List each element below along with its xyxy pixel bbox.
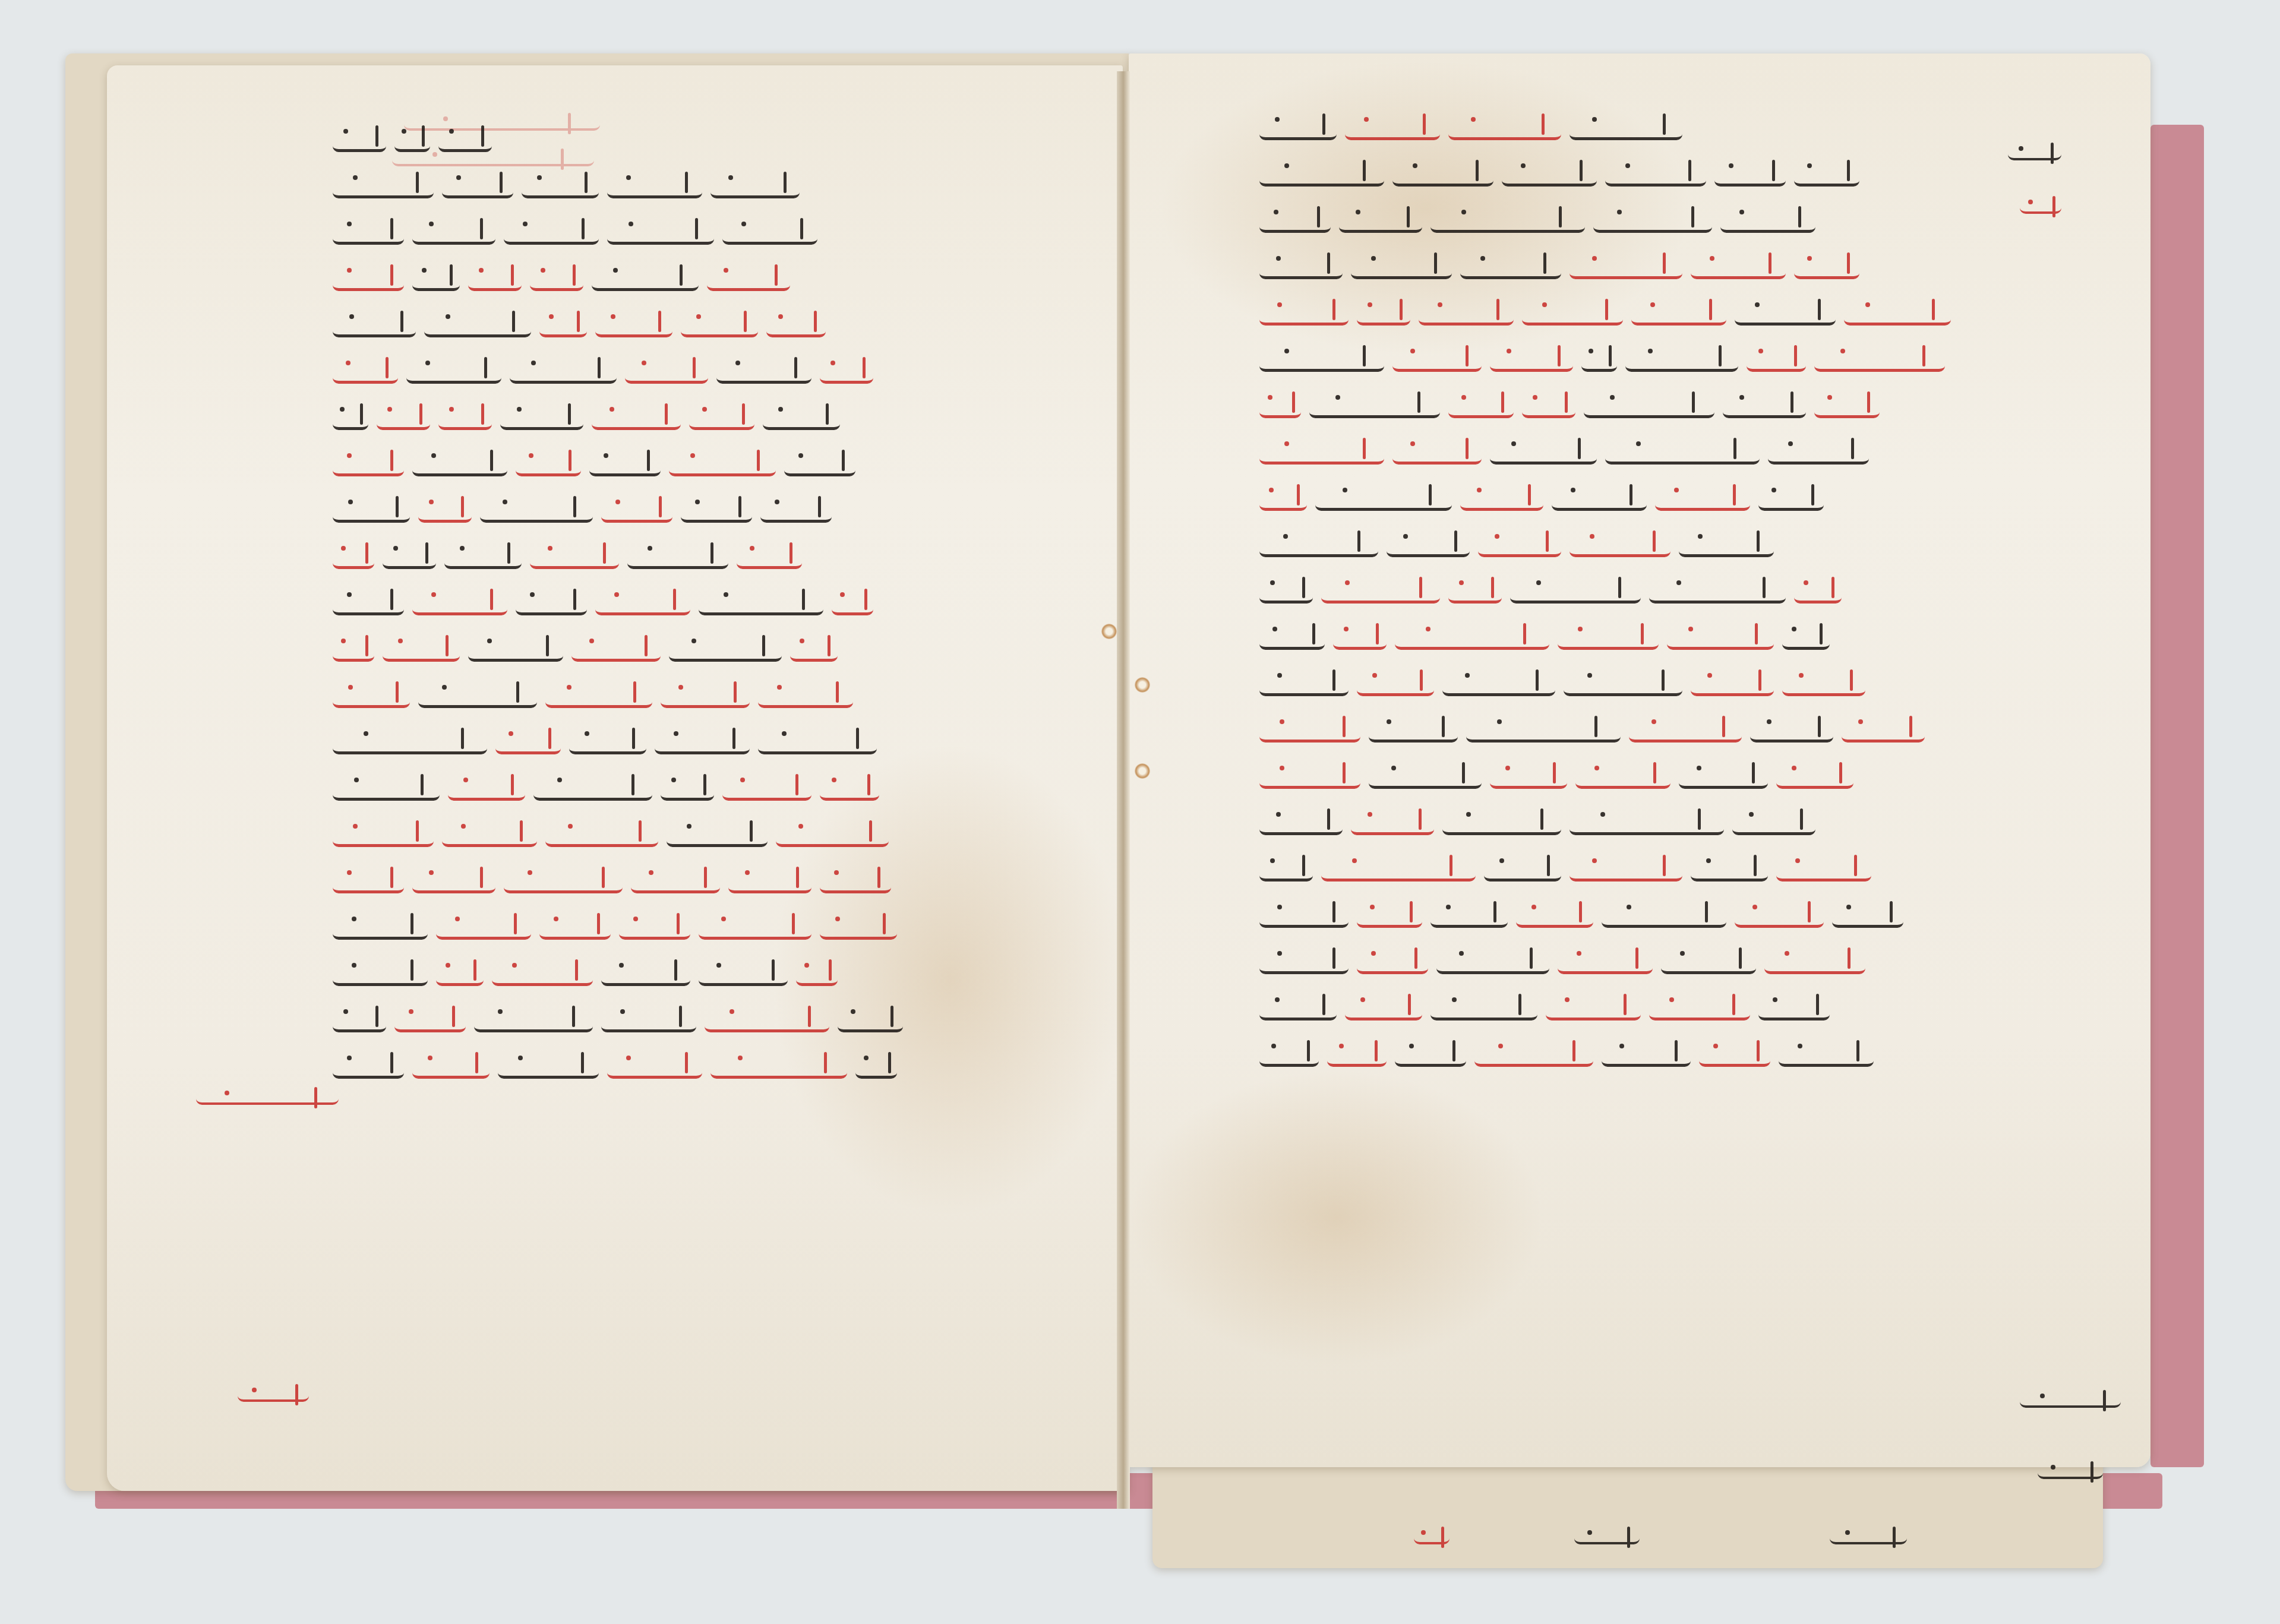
- binding-hole: [1135, 677, 1150, 693]
- manuscript-word: [607, 218, 714, 245]
- manuscript-word: [1720, 206, 1815, 233]
- manuscript-word: [601, 959, 690, 986]
- left-page-text: [333, 119, 903, 1092]
- manuscript-word: [333, 542, 374, 569]
- manuscript-line: [333, 999, 903, 1038]
- manuscript-word: [820, 867, 891, 893]
- manuscript-word: [1259, 947, 1349, 974]
- manuscript-line: [1259, 848, 1951, 887]
- manuscript-word: [1395, 1040, 1466, 1067]
- manuscript-word: [1259, 252, 1343, 279]
- binding-hole: [1101, 624, 1117, 639]
- manuscript-line: [1259, 478, 1951, 517]
- manuscript-word: [1259, 391, 1301, 418]
- manuscript-word: [442, 820, 537, 847]
- manuscript-word: [716, 357, 811, 384]
- manuscript-word: [333, 1006, 386, 1032]
- manuscript-word: [1625, 345, 1738, 372]
- manuscript-line: [333, 165, 903, 204]
- manuscript-word: [333, 1052, 404, 1079]
- manuscript-word: [530, 264, 583, 291]
- right-top-marginal: [2008, 143, 2061, 160]
- manuscript-word: [1395, 623, 1549, 650]
- manuscript-line: [1259, 1034, 1951, 1073]
- manuscript-line: [1259, 617, 1951, 656]
- manuscript-line: [1259, 987, 1951, 1026]
- manuscript-word: [1732, 808, 1815, 835]
- manuscript-word: [1474, 1040, 1593, 1067]
- manuscript-word: [406, 357, 501, 384]
- manuscript-word: [1351, 808, 1434, 835]
- manuscript-word: [1629, 716, 1742, 743]
- manuscript-line: [333, 119, 903, 158]
- manuscript-line: [333, 860, 903, 899]
- manuscript-word: [516, 589, 587, 615]
- manuscript-word: [333, 357, 398, 384]
- manuscript-word: [1259, 762, 1360, 789]
- manuscript-line: [333, 258, 903, 297]
- book-cover-right: [2150, 125, 2204, 1467]
- manuscript-word: [545, 681, 652, 708]
- manuscript-word: [394, 125, 430, 152]
- manuscript-line: [1259, 292, 1951, 331]
- manuscript-word: [607, 172, 702, 198]
- manuscript-word: [424, 311, 531, 337]
- manuscript-word: [1814, 391, 1880, 418]
- manuscript-line: [333, 814, 903, 853]
- manuscript-word: [1570, 252, 1682, 279]
- manuscript-word: [1605, 160, 1706, 187]
- manuscript-word: [722, 218, 817, 245]
- manuscript-word: [1357, 901, 1422, 928]
- manuscript-word: [1351, 252, 1452, 279]
- manuscript-word: [1478, 530, 1561, 557]
- manuscript-word: [1490, 762, 1567, 789]
- manuscript-word: [412, 589, 507, 615]
- manuscript-word: [796, 959, 838, 986]
- manuscript-word: [1357, 947, 1428, 974]
- manuscript-word: [468, 264, 522, 291]
- manuscript-word: [699, 913, 811, 940]
- book-gutter: [1117, 71, 1130, 1509]
- manuscript-word: [1723, 391, 1806, 418]
- manuscript-word: [533, 774, 652, 801]
- manuscript-word: [601, 496, 672, 523]
- manuscript-word: [1259, 206, 1331, 233]
- manuscript-word: [1649, 994, 1750, 1020]
- manuscript-word: [1259, 113, 1337, 140]
- manuscript-word: [530, 542, 619, 569]
- manuscript-word: [1357, 669, 1434, 696]
- manuscript-word: [760, 496, 832, 523]
- manuscript-word: [1794, 577, 1842, 604]
- manuscript-word: [1691, 252, 1786, 279]
- manuscript-word: [438, 403, 492, 430]
- manuscript-word: [1649, 577, 1786, 604]
- manuscript-word: [619, 913, 690, 940]
- manuscript-word: [1679, 762, 1768, 789]
- manuscript-word: [832, 589, 873, 615]
- manuscript-word: [661, 774, 714, 801]
- manuscript-word: [412, 218, 495, 245]
- manuscript-word: [1259, 160, 1384, 187]
- manuscript-word: [1484, 855, 1561, 881]
- manuscript-line: [333, 628, 903, 668]
- manuscript-word: [436, 959, 484, 986]
- manuscript-word: [1661, 947, 1756, 974]
- manuscript-word: [784, 450, 855, 476]
- manuscript-word: [495, 728, 561, 754]
- manuscript-line: [333, 675, 903, 714]
- manuscript-word: [1466, 716, 1621, 743]
- manuscript-line: [333, 350, 903, 390]
- manuscript-word: [1558, 623, 1659, 650]
- manuscript-word: [1584, 391, 1714, 418]
- manuscript-word: [1602, 1040, 1691, 1067]
- manuscript-word: [1392, 160, 1493, 187]
- manuscript-word: [1570, 530, 1670, 557]
- manuscript-word: [1605, 438, 1760, 465]
- manuscript-word: [710, 172, 800, 198]
- manuscript-word: [1581, 345, 1617, 372]
- manuscript-word: [776, 820, 889, 847]
- manuscript-word: [1490, 345, 1573, 372]
- manuscript-word: [539, 311, 587, 337]
- manuscript-word: [1259, 808, 1343, 835]
- manuscript-word: [539, 913, 611, 940]
- manuscript-word: [1593, 206, 1712, 233]
- manuscript-word: [625, 357, 708, 384]
- manuscript-line: [333, 304, 903, 343]
- lower-leaf-mark: [1414, 1527, 1450, 1544]
- manuscript-word: [705, 1006, 829, 1032]
- manuscript-word: [1575, 762, 1670, 789]
- manuscript-word: [1510, 577, 1641, 604]
- manuscript-word: [333, 867, 404, 893]
- manuscript-line: [1259, 385, 1951, 424]
- manuscript-word: [1564, 669, 1682, 696]
- manuscript-word: [669, 635, 782, 662]
- manuscript-word: [1794, 252, 1859, 279]
- water-stain: [1129, 1069, 1545, 1366]
- manuscript-word: [1321, 577, 1440, 604]
- manuscript-word: [1546, 994, 1641, 1020]
- manuscript-word: [728, 867, 811, 893]
- manuscript-line: [333, 1045, 903, 1085]
- manuscript-word: [1842, 716, 1925, 743]
- manuscript-word: [1679, 530, 1774, 557]
- manuscript-word: [1552, 484, 1647, 511]
- manuscript-word: [689, 403, 754, 430]
- manuscript-word: [737, 542, 802, 569]
- manuscript-word: [571, 635, 661, 662]
- manuscript-word: [607, 1052, 702, 1079]
- manuscript-word: [1667, 623, 1774, 650]
- manuscript-word: [1750, 716, 1833, 743]
- manuscript-word: [333, 681, 410, 708]
- manuscript-word: [436, 913, 531, 940]
- manuscript-word: [766, 311, 826, 337]
- manuscript-word: [838, 1006, 903, 1032]
- manuscript-line: [333, 953, 903, 992]
- manuscript-word: [1814, 345, 1945, 372]
- manuscript-word: [1345, 994, 1422, 1020]
- manuscript-word: [383, 635, 460, 662]
- manuscript-word: [820, 774, 879, 801]
- manuscript-line: [1259, 570, 1951, 609]
- manuscript-word: [1259, 994, 1337, 1020]
- right-page-text: [1259, 107, 1951, 1080]
- manuscript-word: [1430, 206, 1585, 233]
- manuscript-word: [412, 1052, 490, 1079]
- manuscript-word: [667, 820, 768, 847]
- manuscript-line: [1259, 802, 1951, 841]
- manuscript-word: [1327, 1040, 1387, 1067]
- manuscript-word: [1321, 855, 1476, 881]
- manuscript-word: [601, 1006, 696, 1032]
- manuscript-word: [1419, 299, 1514, 326]
- manuscript-word: [333, 913, 428, 940]
- manuscript-word: [1602, 901, 1726, 928]
- manuscript-word: [669, 450, 776, 476]
- manuscript-line: [1259, 941, 1951, 980]
- manuscript-word: [504, 867, 623, 893]
- manuscript-word: [1522, 391, 1575, 418]
- manuscript-word: [1794, 160, 1859, 187]
- manuscript-line: [1259, 107, 1951, 146]
- manuscript-word: [1442, 808, 1561, 835]
- manuscript-word: [1460, 252, 1561, 279]
- manuscript-word: [1309, 391, 1440, 418]
- manuscript-line: [1259, 339, 1951, 378]
- right-top-marginal-red: [2020, 196, 2061, 214]
- manuscript-word: [1259, 901, 1349, 928]
- manuscript-word: [1259, 345, 1384, 372]
- manuscript-word: [1392, 345, 1482, 372]
- manuscript-word: [722, 774, 811, 801]
- manuscript-word: [1502, 160, 1597, 187]
- manuscript-word: [1758, 484, 1824, 511]
- manuscript-word: [627, 542, 728, 569]
- manuscript-word: [1631, 299, 1726, 326]
- manuscript-word: [1782, 623, 1830, 650]
- manuscript-word: [699, 589, 823, 615]
- manuscript-word: [438, 125, 492, 152]
- manuscript-word: [595, 589, 690, 615]
- manuscript-line: [1259, 709, 1951, 748]
- manuscript-word: [1357, 299, 1410, 326]
- manuscript-word: [510, 357, 617, 384]
- manuscript-word: [418, 496, 472, 523]
- manuscript-word: [1758, 994, 1830, 1020]
- manuscript-word: [333, 774, 440, 801]
- manuscript-line: [1259, 756, 1951, 795]
- manuscript-word: [333, 403, 368, 430]
- manuscript-word: [1259, 1040, 1319, 1067]
- manuscript-line: [1259, 200, 1951, 239]
- manuscript-word: [1699, 1040, 1770, 1067]
- manuscript-word: [1460, 484, 1543, 511]
- manuscript-word: [1448, 391, 1514, 418]
- manuscript-word: [1516, 901, 1593, 928]
- manuscript-word: [333, 589, 404, 615]
- manuscript-word: [333, 172, 434, 198]
- lower-leaf-mark: [1574, 1527, 1640, 1544]
- manuscript-word: [1764, 947, 1865, 974]
- manuscript-word: [333, 218, 404, 245]
- manuscript-word: [1779, 1040, 1874, 1067]
- manuscript-word: [707, 264, 790, 291]
- manuscript-word: [820, 913, 897, 940]
- manuscript-word: [758, 681, 853, 708]
- manuscript-word: [1776, 855, 1871, 881]
- manuscript-word: [1339, 206, 1422, 233]
- manuscript-word: [492, 959, 593, 986]
- manuscript-word: [710, 1052, 847, 1079]
- manuscript-word: [1782, 669, 1865, 696]
- manuscript-word: [474, 1006, 593, 1032]
- manuscript-word: [333, 264, 404, 291]
- manuscript-word: [592, 264, 699, 291]
- manuscript-word: [480, 496, 593, 523]
- manuscript-word: [1436, 947, 1549, 974]
- manuscript-word: [592, 403, 681, 430]
- manuscript-word: [545, 820, 658, 847]
- manuscript-word: [1747, 345, 1806, 372]
- manuscript-line: [1259, 663, 1951, 702]
- manuscript-word: [790, 635, 838, 662]
- manuscript-word: [442, 172, 513, 198]
- manuscript-line: [333, 397, 903, 436]
- manuscript-word: [1333, 623, 1387, 650]
- manuscript-word: [1259, 716, 1360, 743]
- manuscript-word: [1387, 530, 1470, 557]
- manuscript-word: [1490, 438, 1597, 465]
- manuscript-word: [681, 496, 752, 523]
- manuscript-word: [1369, 716, 1458, 743]
- manuscript-word: [1522, 299, 1623, 326]
- manuscript-line: [1259, 895, 1951, 934]
- manuscript-word: [1691, 855, 1768, 881]
- manuscript-word: [1691, 669, 1774, 696]
- manuscript-word: [661, 681, 750, 708]
- manuscript-line: [1259, 246, 1951, 285]
- manuscript-word: [1655, 484, 1750, 511]
- lower-leaf-mark: [1830, 1527, 1907, 1544]
- manuscript-word: [655, 728, 750, 754]
- manuscript-word: [333, 728, 487, 754]
- manuscript-word: [412, 867, 495, 893]
- left-bottom-marginal: [238, 1384, 309, 1402]
- right-leaf-lower: [1152, 1449, 2103, 1568]
- right-bottom-marginal: [2038, 1461, 2103, 1479]
- manuscript-word: [1570, 113, 1682, 140]
- binding-hole: [1135, 763, 1150, 779]
- manuscript-word: [412, 264, 460, 291]
- manuscript-word: [681, 311, 758, 337]
- manuscript-word: [1259, 530, 1378, 557]
- manuscript-word: [333, 820, 434, 847]
- manuscript-word: [1430, 994, 1537, 1020]
- manuscript-word: [1259, 669, 1349, 696]
- manuscript-line: [333, 211, 903, 251]
- manuscript-line: [333, 767, 903, 807]
- manuscript-word: [1442, 669, 1555, 696]
- manuscript-word: [1259, 623, 1325, 650]
- manuscript-word: [1844, 299, 1951, 326]
- manuscript-word: [595, 311, 672, 337]
- manuscript-word: [1259, 438, 1384, 465]
- manuscript-word: [1259, 484, 1307, 511]
- manuscript-line: [1259, 524, 1951, 563]
- manuscript-word: [522, 172, 599, 198]
- manuscript-word: [1714, 160, 1786, 187]
- manuscript-line: [333, 906, 903, 946]
- manuscript-word: [1558, 947, 1653, 974]
- manuscript-word: [1735, 299, 1836, 326]
- manuscript-line: [1259, 431, 1951, 470]
- manuscript-word: [1735, 901, 1824, 928]
- manuscript-word: [333, 635, 374, 662]
- manuscript-word: [855, 1052, 897, 1079]
- manuscript-word: [763, 403, 840, 430]
- manuscript-word: [377, 403, 430, 430]
- manuscript-word: [1430, 901, 1508, 928]
- manuscript-line: [333, 536, 903, 575]
- manuscript-word: [1392, 438, 1482, 465]
- manuscript-word: [448, 774, 525, 801]
- manuscript-word: [468, 635, 563, 662]
- manuscript-word: [1832, 901, 1903, 928]
- manuscript-word: [1315, 484, 1452, 511]
- manuscript-word: [333, 959, 428, 986]
- manuscript-word: [1259, 577, 1313, 604]
- manuscript-word: [444, 542, 522, 569]
- manuscript-line: [333, 489, 903, 529]
- manuscript-word: [500, 403, 583, 430]
- manuscript-word: [569, 728, 646, 754]
- manuscript-word: [1768, 438, 1869, 465]
- manuscript-line: [333, 721, 903, 760]
- manuscript-word: [631, 867, 720, 893]
- manuscript-word: [498, 1052, 599, 1079]
- manuscript-word: [516, 450, 581, 476]
- manuscript-word: [418, 681, 537, 708]
- manuscript-word: [1570, 855, 1682, 881]
- manuscript-word: [1776, 762, 1853, 789]
- manuscript-word: [820, 357, 873, 384]
- manuscript-word: [333, 450, 404, 476]
- manuscript-word: [394, 1006, 466, 1032]
- manuscript-word: [1259, 299, 1349, 326]
- manuscript-word: [1369, 762, 1482, 789]
- right-bottom-marginal: [2020, 1390, 2121, 1408]
- manuscript-word: [699, 959, 788, 986]
- manuscript-word: [333, 125, 386, 152]
- manuscript-line: [333, 582, 903, 621]
- manuscript-word: [504, 218, 599, 245]
- manuscript-line: [333, 443, 903, 482]
- left-margin-note: [196, 1087, 339, 1105]
- manuscript-word: [383, 542, 436, 569]
- manuscript-word: [1448, 577, 1502, 604]
- manuscript-word: [1448, 113, 1561, 140]
- manuscript-word: [589, 450, 661, 476]
- manuscript-word: [758, 728, 877, 754]
- manuscript-word: [1259, 855, 1313, 881]
- manuscript-line: [1259, 153, 1951, 192]
- manuscript-word: [1345, 113, 1440, 140]
